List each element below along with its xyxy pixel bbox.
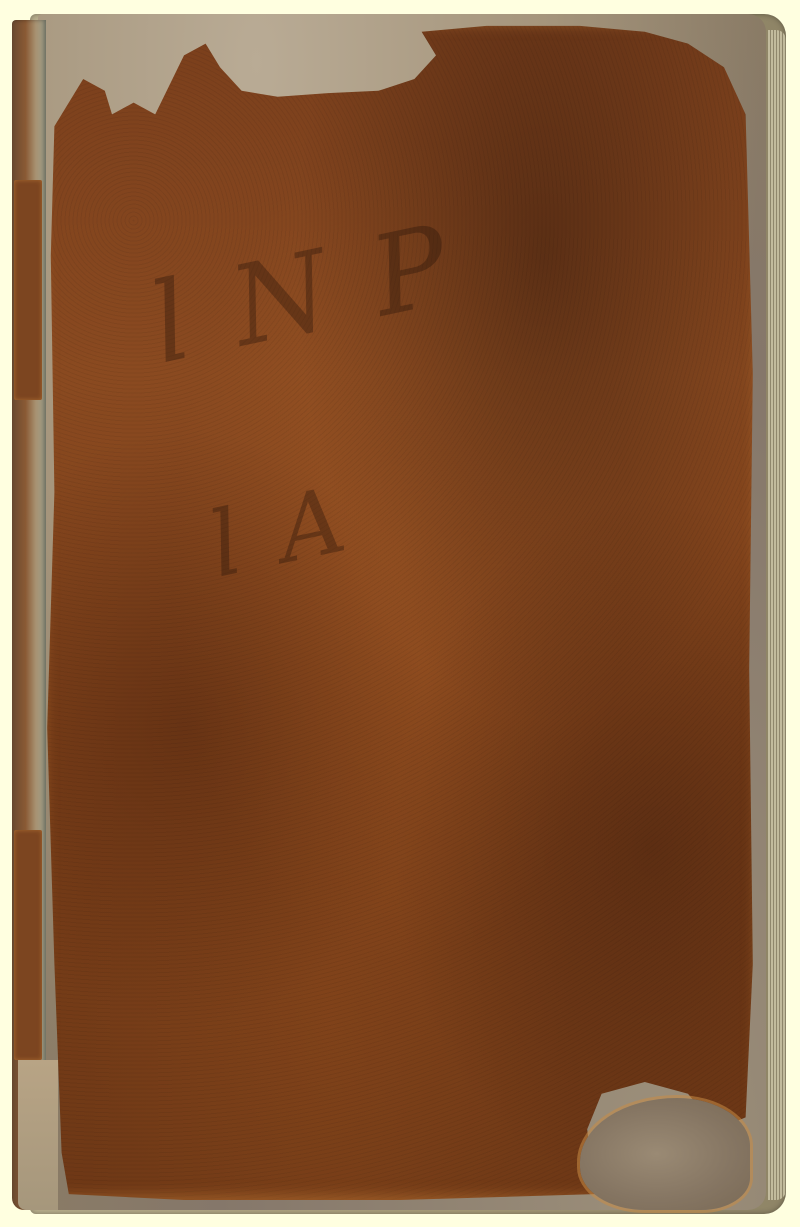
spine-exposed-board xyxy=(18,1060,58,1210)
leather-cover xyxy=(40,20,760,1200)
spine-leather-patch xyxy=(14,180,42,400)
page-edges xyxy=(768,30,786,1200)
book-photo: l N P l A xyxy=(0,0,800,1227)
spine-leather-patch xyxy=(14,830,42,1060)
worn-edge xyxy=(40,20,760,1200)
